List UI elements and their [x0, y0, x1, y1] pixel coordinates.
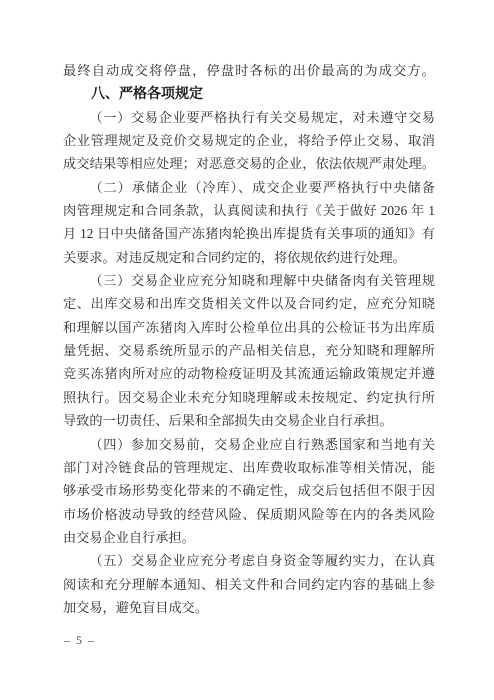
text-line: 定、出库交易和出库交货相关文件以及合同约定，应充分知晓 — [63, 292, 435, 315]
text-line: 和理解以国产冻猪肉入库时公检单位出具的公检证书为出库质 — [63, 316, 435, 339]
text-line: 最终自动成交将停盘，停盘时各标的出价最高的为成交方。 — [63, 59, 435, 82]
text-line: 月 12 日中央储备国产冻猪肉轮换出库提货有关事项的通知》有 — [63, 222, 435, 245]
text-line: （一）交易企业要严格执行有关交易规定，对未遵守交易 — [63, 106, 435, 129]
text-line: （四）参加交易前，交易企业应自行熟悉国家和当地有关 — [63, 433, 435, 456]
text-line: 阅读和充分理解本通知、相关文件和合同约定内容的基础上参 — [63, 573, 435, 596]
text-line: （二）承储企业（冷库）、成交企业要严格执行中央储备 — [63, 176, 435, 199]
text-line: 部门对冷链食品的管理规定、出库费收取标准等相关情况，能 — [63, 456, 435, 479]
text-line: （三）交易企业应充分知晓和理解中央储备肉有关管理规 — [63, 269, 435, 292]
text-line: 照执行。因交易企业未充分知晓理解或未按规定、约定执行所 — [63, 386, 435, 409]
text-line: 量凭据、交易系统所显示的产品相关信息，充分知晓和理解所 — [63, 339, 435, 362]
text-block: 最终自动成交将停盘，停盘时各标的出价最高的为成交方。八、严格各项规定（一）交易企… — [63, 59, 435, 619]
page-number: – 5 – — [64, 632, 96, 648]
text-line: 竞买冻猪肉所对应的动物检疫证明及其流通运输政策规定并遵 — [63, 362, 435, 385]
text-line: 成交结果等相应处理；对恶意交易的企业，依法依规严肃处理。 — [63, 152, 435, 175]
text-line: 加交易，避免盲目成交。 — [63, 596, 435, 619]
document-page: 最终自动成交将停盘，停盘时各标的出价最高的为成交方。八、严格各项规定（一）交易企… — [0, 0, 494, 700]
text-line: 关要求。对违反规定和合同约定的，将依规依约进行处理。 — [63, 246, 435, 269]
section-heading: 八、严格各项规定 — [63, 82, 435, 105]
text-line: 由交易企业自行承担。 — [63, 526, 435, 549]
text-line: 导致的一切责任、后果和全部损失由交易企业自行承担。 — [63, 409, 435, 432]
text-line: 企业管理规定及竞价交易规定的企业，将给予停止交易、取消 — [63, 129, 435, 152]
text-line: 够承受市场形势变化带来的不确定性，成交后包括但不限于因 — [63, 479, 435, 502]
text-line: （五）交易企业应充分考虑自身资金等履约实力，在认真 — [63, 549, 435, 572]
text-line: 市场价格波动导致的经营风险、保质期风险等在内的各类风险 — [63, 503, 435, 526]
text-line: 肉管理规定和合同条款，认真阅读和执行《关于做好 2026 年 1 — [63, 199, 435, 222]
